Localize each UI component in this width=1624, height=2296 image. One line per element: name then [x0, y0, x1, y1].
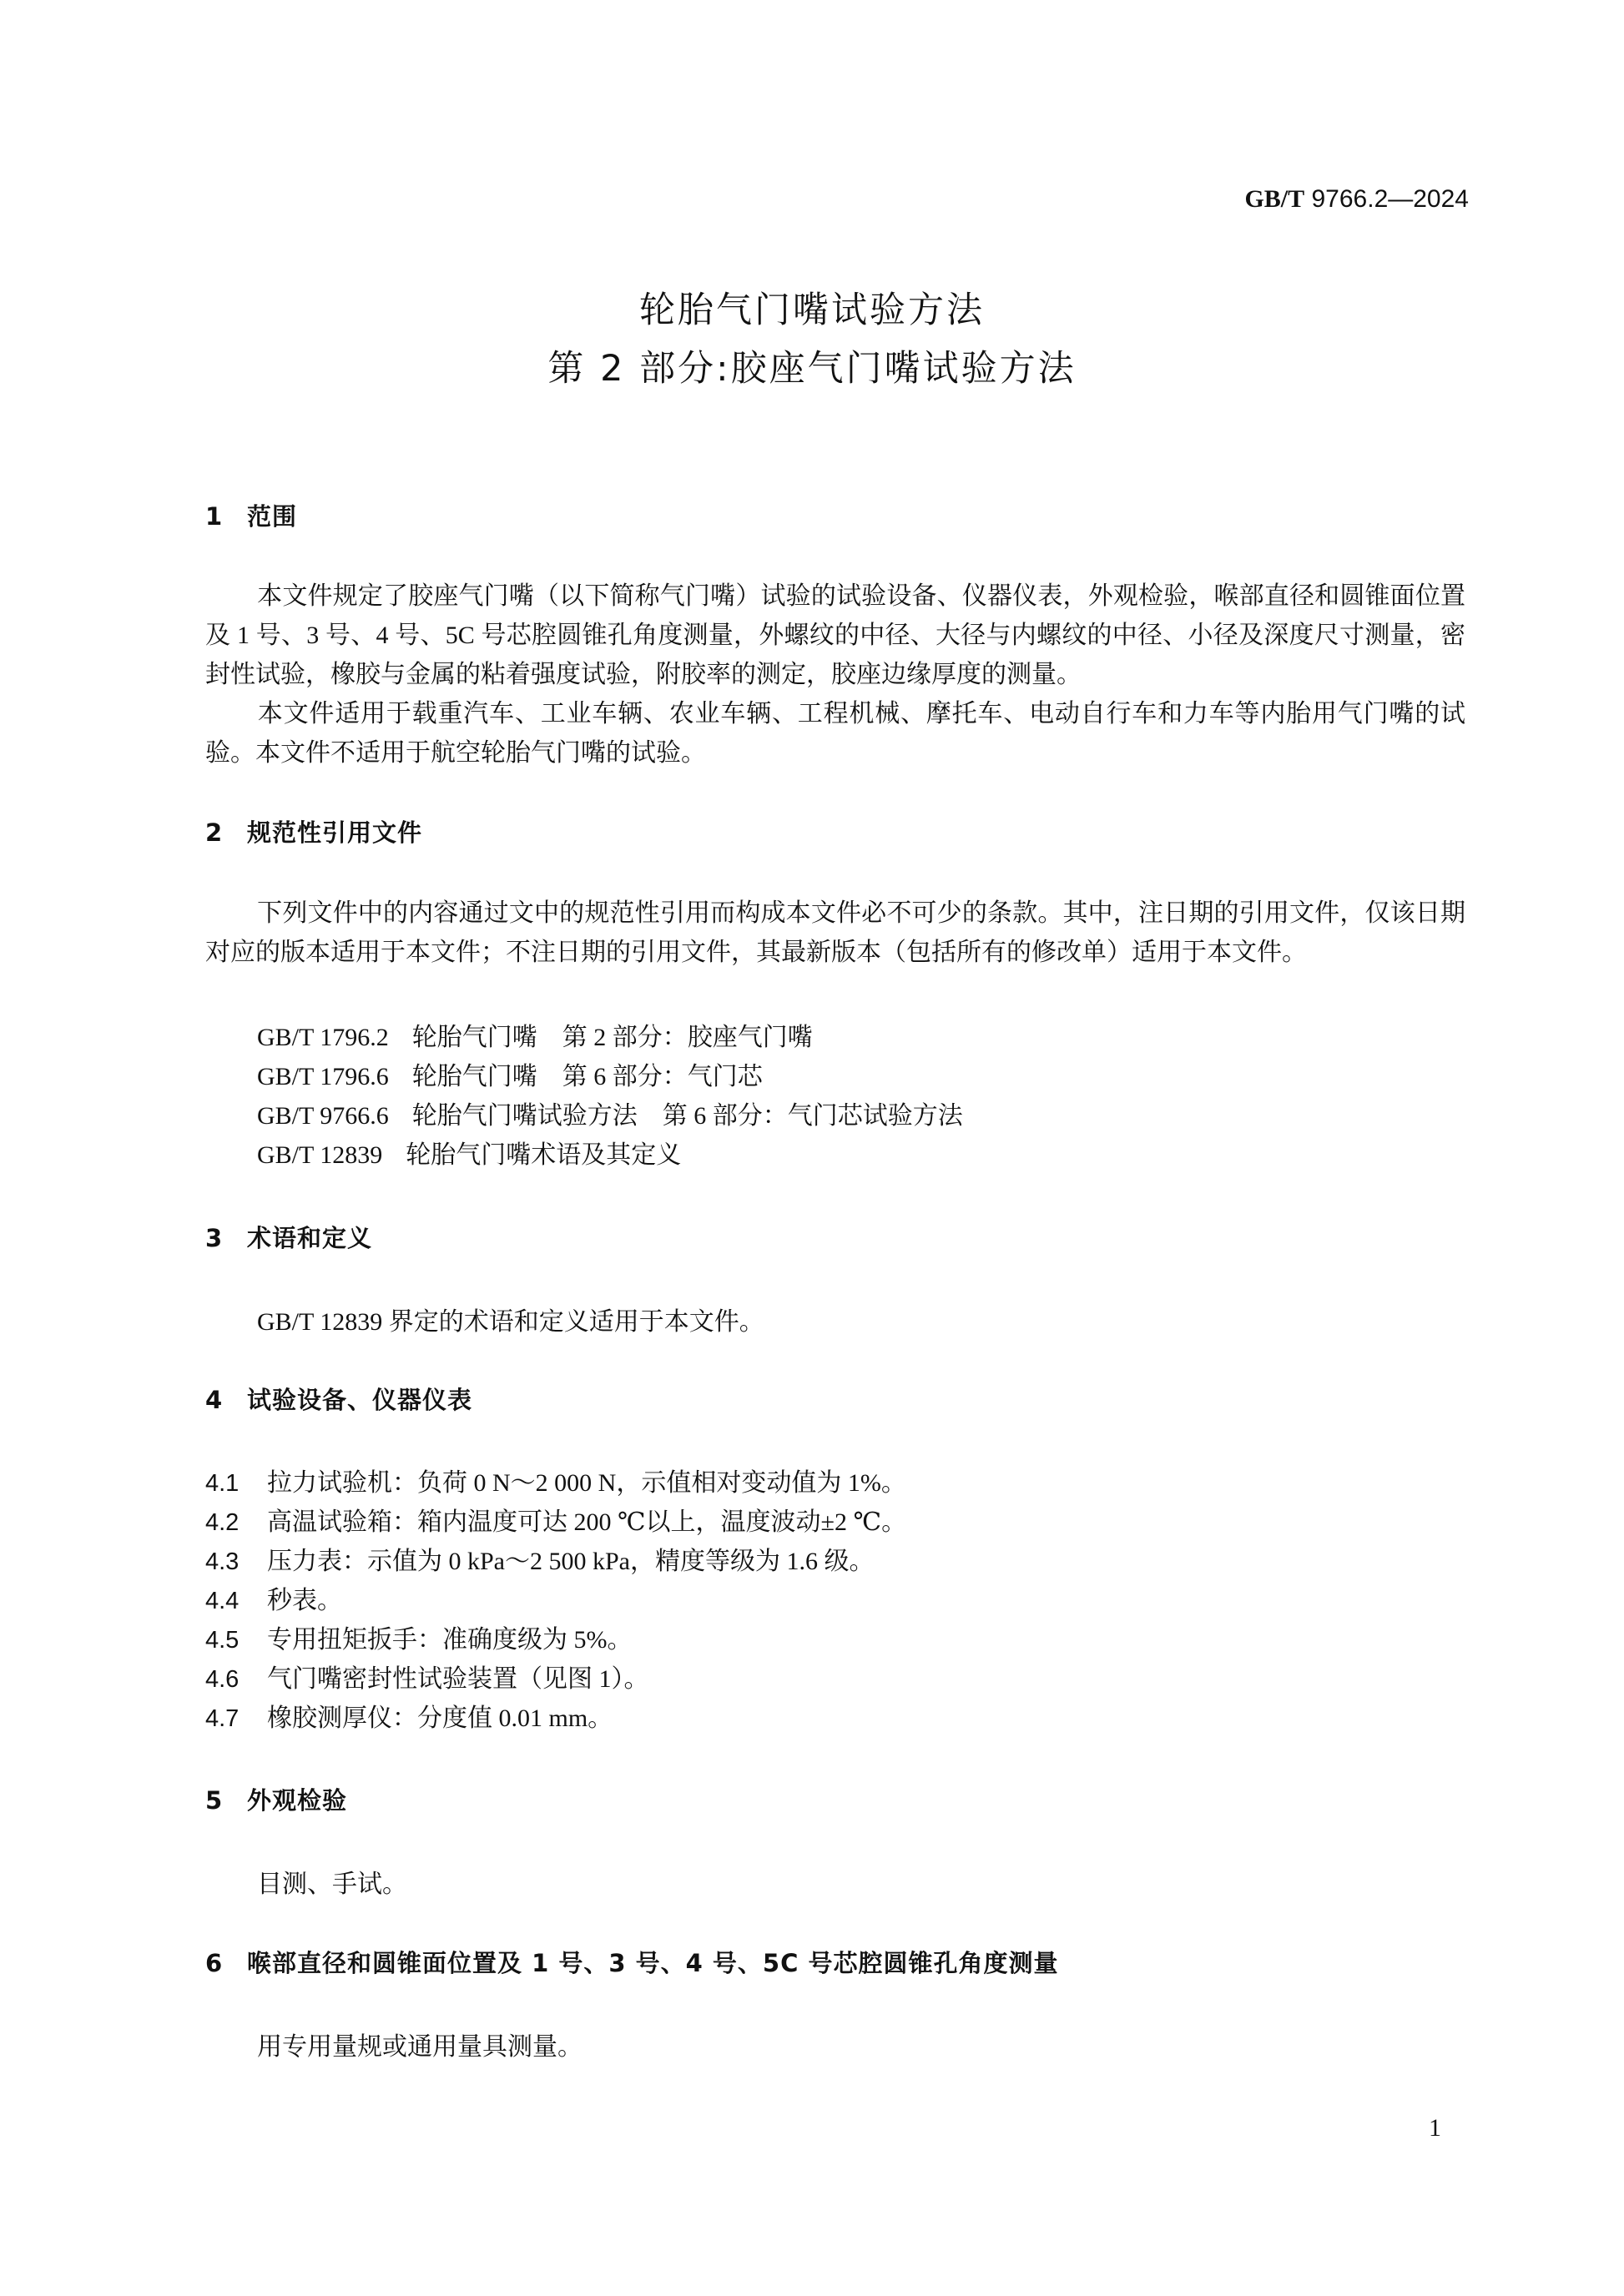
page-number: 1: [1429, 2114, 1441, 2142]
section-heading-test-equipment: 4试验设备、仪器仪表: [205, 1382, 472, 1416]
measurement-paragraph: 用专用量规或通用量具测量。: [257, 2026, 583, 2062]
clause-item: 4.7橡胶测厚仪：分度值 0.01 mm。: [205, 1697, 613, 1734]
reference-code: GB/T 1796.2: [257, 1024, 389, 1052]
clause-item: 4.1拉力试验机：负荷 0 N～2 000 N，示值相对变动值为 1%。: [205, 1462, 906, 1498]
clause-number: 4.5: [205, 1627, 267, 1654]
section-number: 5: [205, 1786, 247, 1815]
clause-text: 专用扭矩扳手：准确度级为 5%。: [267, 1626, 633, 1654]
section-number: 6: [205, 1949, 247, 1977]
reference-title: 轮胎气门嘴 第 6 部分：气门芯: [412, 1063, 763, 1090]
appearance-paragraph: 目测、手试。: [257, 1863, 407, 1900]
references-intro-paragraph: 下列文件中的内容通过文中的规范性引用而构成本文件必不可少的条款。其中，注日期的引…: [205, 894, 1465, 972]
reference-item: GB/T 1796.6轮胎气门嘴 第 6 部分：气门芯: [257, 1055, 763, 1092]
reference-code: GB/T 9766.6: [257, 1102, 389, 1130]
reference-code: GB/T 12839: [257, 1141, 382, 1170]
section-heading-appearance-inspection: 5外观检验: [205, 1782, 347, 1816]
section-number: 2: [205, 818, 247, 847]
section-heading-terms-definitions: 3术语和定义: [205, 1220, 372, 1254]
reference-item: GB/T 1796.2轮胎气门嘴 第 2 部分：胶座气门嘴: [257, 1016, 813, 1053]
standard-number: 9766.2—2024: [1304, 185, 1469, 213]
scope-paragraph-2: 本文件适用于载重汽车、工业车辆、农业车辆、工程机械、摩托车、电动自行车和力车等内…: [205, 694, 1465, 773]
clause-item: 4.6气门嘴密封性试验装置（见图 1）。: [205, 1658, 649, 1694]
clause-item: 4.5专用扭矩扳手：准确度级为 5%。: [205, 1619, 633, 1655]
section-title: 试验设备、仪器仪表: [247, 1386, 472, 1414]
clause-item: 4.4秒表。: [205, 1579, 342, 1616]
section-title: 规范性引用文件: [247, 818, 422, 847]
clause-text: 高温试验箱：箱内温度可达 200 ℃以上，温度波动±2 ℃。: [267, 1508, 906, 1536]
section-number: 3: [205, 1224, 247, 1252]
standard-code: GB/T 9766.2—2024: [1244, 185, 1469, 214]
reference-title: 轮胎气门嘴术语及其定义: [406, 1141, 681, 1169]
section-title: 范围: [247, 502, 297, 531]
reference-item: GB/T 9766.6轮胎气门嘴试验方法 第 6 部分：气门芯试验方法: [257, 1095, 963, 1131]
reference-title: 轮胎气门嘴 第 2 部分：胶座气门嘴: [412, 1024, 813, 1051]
clause-item: 4.3压力表：示值为 0 kPa～2 500 kPa，精度等级为 1.6 级。: [205, 1540, 875, 1577]
clause-number: 4.1: [205, 1470, 267, 1498]
clause-number: 4.7: [205, 1705, 267, 1733]
section-heading-scope: 1范围: [205, 498, 297, 532]
section-number: 4: [205, 1386, 247, 1414]
document-title-line1: 轮胎气门嘴试验方法: [0, 282, 1624, 333]
reference-item: GB/T 12839轮胎气门嘴术语及其定义: [257, 1134, 681, 1171]
clause-number: 4.3: [205, 1548, 267, 1576]
section-title: 喉部直径和圆锥面位置及 1 号、3 号、4 号、5C 号芯腔圆锥孔角度测量: [247, 1949, 1058, 1977]
document-title-line2: 第 2 部分:胶座气门嘴试验方法: [0, 340, 1624, 391]
section-title: 术语和定义: [247, 1224, 372, 1252]
section-heading-normative-references: 2规范性引用文件: [205, 814, 422, 848]
clause-text: 气门嘴密封性试验装置（见图 1）。: [267, 1665, 649, 1693]
clause-item: 4.2高温试验箱：箱内温度可达 200 ℃以上，温度波动±2 ℃。: [205, 1501, 906, 1538]
clause-number: 4.2: [205, 1509, 267, 1537]
clause-number: 4.4: [205, 1588, 267, 1615]
section-title: 外观检验: [247, 1786, 347, 1815]
clause-text: 橡胶测厚仪：分度值 0.01 mm。: [267, 1704, 613, 1732]
clause-text: 秒表。: [267, 1587, 342, 1614]
reference-title: 轮胎气门嘴试验方法 第 6 部分：气门芯试验方法: [412, 1102, 963, 1130]
clause-text: 拉力试验机：负荷 0 N～2 000 N，示值相对变动值为 1%。: [267, 1469, 906, 1497]
section-heading-throat-diameter-measurement: 6喉部直径和圆锥面位置及 1 号、3 号、4 号、5C 号芯腔圆锥孔角度测量: [205, 1945, 1058, 1979]
clause-number: 4.6: [205, 1666, 267, 1694]
section-number: 1: [205, 502, 247, 531]
clause-text: 压力表：示值为 0 kPa～2 500 kPa，精度等级为 1.6 级。: [267, 1548, 875, 1575]
standard-prefix: GB/T: [1244, 185, 1304, 213]
reference-code: GB/T 1796.6: [257, 1063, 389, 1091]
terms-paragraph: GB/T 12839 界定的术语和定义适用于本文件。: [257, 1301, 764, 1337]
scope-paragraph-1: 本文件规定了胶座气门嘴（以下简称气门嘴）试验的试验设备、仪器仪表，外观检验，喉部…: [205, 577, 1465, 694]
